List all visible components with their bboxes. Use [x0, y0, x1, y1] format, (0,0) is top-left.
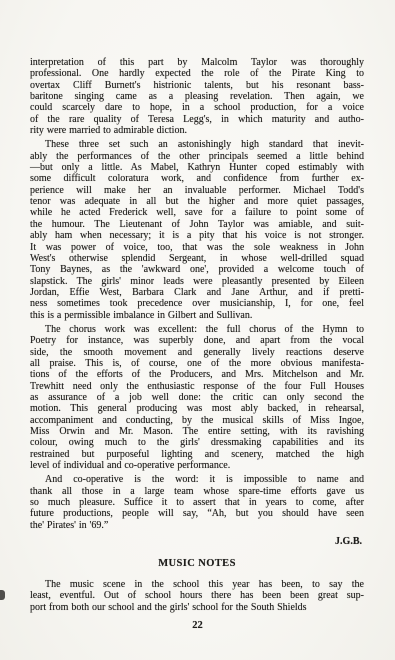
text-line: motion. This general producing was most …	[30, 403, 364, 414]
text-line: as assurance of a job well done: the cri…	[30, 392, 364, 403]
text-line: perience will make her an invaluable per…	[30, 185, 364, 196]
text-line: The music scene in the school this year …	[30, 579, 364, 590]
paragraph: These three set such an astonishingly hi…	[30, 139, 364, 321]
review-article: interpretation of this part by Malcolm T…	[30, 57, 364, 531]
text-line: interpretation of this part by Malcolm T…	[30, 57, 364, 68]
text-column: interpretation of this part by Malcolm T…	[30, 57, 364, 616]
text-line: ness sometimes took precedence over musi…	[30, 298, 364, 309]
text-line: slapstick. The girls' minor leads were p…	[30, 276, 364, 287]
paragraph: interpretation of this part by Malcolm T…	[30, 57, 364, 136]
paragraph: The music scene in the school this year …	[30, 579, 364, 613]
text-line: Miss Orwin and Mr. Mason. The entire set…	[30, 426, 364, 437]
text-line: the' Pirates' in '69.”	[30, 520, 364, 531]
author-initials: J.G.B.	[30, 536, 364, 548]
scan-artifact-mark	[0, 590, 5, 600]
text-line: restrained but purposeful lighting and s…	[30, 449, 364, 460]
text-line: future productions, people will say, “Ah…	[30, 508, 364, 519]
text-line: tenor was adequate in all but the higher…	[30, 196, 364, 207]
text-line: These three set such an astonishingly hi…	[30, 139, 364, 150]
text-line: professional. One hardly expected the ro…	[30, 68, 364, 79]
text-line: Trewhitt need only the enthusiastic resp…	[30, 381, 364, 392]
music-notes-article: The music scene in the school this year …	[30, 579, 364, 613]
text-line: while he acted Frederick well, save for …	[30, 207, 364, 218]
text-line: Poetry for instance, was superbly done, …	[30, 335, 364, 346]
text-line: Tony Baynes, as the 'awkward one', provi…	[30, 264, 364, 275]
text-line: It was power of voice, too, that was the…	[30, 242, 364, 253]
text-line: West's otherwise splendid Sergeant, in w…	[30, 253, 364, 264]
text-line: least, eventful. Out of school hours the…	[30, 590, 364, 601]
text-line: And co-operative is the word: it is impo…	[30, 474, 364, 485]
text-line: of the rare quality of Teresa Legg's, in…	[30, 114, 364, 125]
text-line: The chorus work was excellent: the full …	[30, 324, 364, 335]
text-line: level of individual and co-operative per…	[30, 460, 364, 471]
text-line: some difficult coloratura work, and conf…	[30, 173, 364, 184]
text-line: Jordan, Effie West, Barbara Clark and Ja…	[30, 287, 364, 298]
text-line: —but only a little. As Mabel, Kathryn Hu…	[30, 162, 364, 173]
text-line: this is a permissible imbalance in Gilbe…	[30, 310, 364, 321]
section-heading: MUSIC NOTES	[30, 558, 364, 570]
text-line: side, the smooth movement and generally …	[30, 347, 364, 358]
paragraph: The chorus work was excellent: the full …	[30, 324, 364, 471]
text-line: so much pleasure. Suffice it to assert t…	[30, 497, 364, 508]
text-line: thank all those in a large team whose sp…	[30, 486, 364, 497]
text-line: port from both our school and the girls'…	[30, 602, 364, 613]
text-line: overtax Cliff Burnett's histrionic talen…	[30, 80, 364, 91]
text-line: all praise. This is, of course, one of t…	[30, 358, 364, 369]
scanned-page: interpretation of this part by Malcolm T…	[0, 0, 395, 660]
text-line: ably ham when necessary; it is a pity th…	[30, 230, 364, 241]
text-line: baritone singing came as a pleasing reve…	[30, 91, 364, 102]
page-number: 22	[0, 620, 395, 631]
text-line: ably the performances of the other princ…	[30, 151, 364, 162]
text-line: the humour. The Lieutenant of John Taylo…	[30, 219, 364, 230]
text-line: tions of the efforts of the Producers, a…	[30, 369, 364, 380]
text-line: accompaniment and conducting, by the mus…	[30, 415, 364, 426]
text-line: could scarcely dare to hope, in a school…	[30, 102, 364, 113]
text-line: rity were married to admirable diction.	[30, 125, 364, 136]
text-line: colour, owing much to the girls' dressma…	[30, 437, 364, 448]
paragraph: And co-operative is the word: it is impo…	[30, 474, 364, 531]
